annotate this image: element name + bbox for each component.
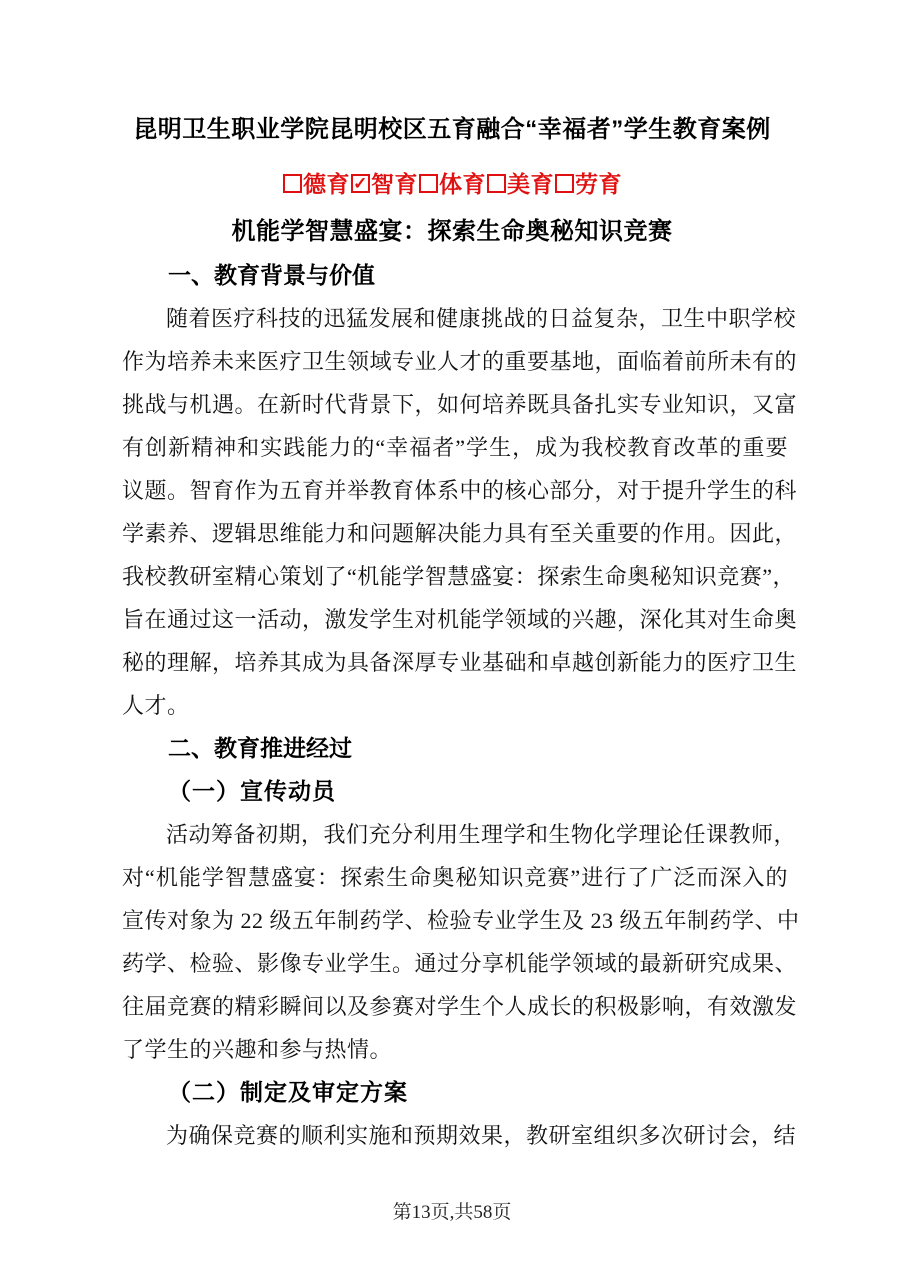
paragraph-line: 了学生的兴趣和参与热情。: [122, 1028, 788, 1071]
five-education-selector: 德育✓智育体育美育劳育: [0, 164, 904, 204]
paragraph-line: 宣传对象为 22 级五年制药学、检验专业学生及 23 级五年制药学、中: [122, 899, 788, 942]
five-edu-label: 德育: [303, 171, 350, 197]
paragraph-line: 挑战与机遇。在新时代背景下，如何培养既具备扎实专业知识，又富: [122, 383, 788, 426]
paragraph-line: 随着医疗科技的迅猛发展和健康挑战的日益复杂，卫生中职学校: [122, 297, 788, 340]
document-page: 昆明卫生职业学院昆明校区五育融合“幸福者”学生教育案例 德育✓智育体育美育劳育 …: [0, 0, 904, 1280]
section2-sub1-heading: （一）宣传动员: [122, 770, 788, 813]
checkbox-unchecked-icon: [283, 174, 302, 193]
document-body: 一、教育背景与价值 随着医疗科技的迅猛发展和健康挑战的日益复杂，卫生中职学校 作…: [122, 254, 788, 1157]
paragraph-line: 旨在通过这一活动，激发学生对机能学领域的兴趣，深化其对生命奥: [122, 598, 788, 641]
five-edu-item-zhiyu: ✓智育: [350, 171, 418, 197]
checkbox-unchecked-icon: [555, 174, 574, 193]
paragraph-line: 药学、检验、影像专业学生。通过分享机能学领域的最新研究成果、: [122, 942, 788, 985]
paragraph-line: 为确保竞赛的顺利实施和预期效果，教研室组织多次研讨会，结: [122, 1114, 788, 1157]
document-title: 昆明卫生职业学院昆明校区五育融合“幸福者”学生教育案例: [0, 108, 904, 152]
five-edu-label: 体育: [439, 171, 486, 197]
case-subtitle: 机能学智慧盛宴：探索生命奥秘知识竞赛: [0, 210, 904, 254]
section2-heading: 二、教育推进经过: [122, 727, 788, 770]
five-edu-item-deyu: 德育: [282, 171, 350, 197]
section2-sub2-heading: （二）制定及审定方案: [122, 1071, 788, 1114]
paragraph-line: 有创新精神和实践能力的“幸福者”学生，成为我校教育改革的重要: [122, 426, 788, 469]
checkbox-checked-icon: ✓: [351, 174, 370, 193]
paragraph-line: 活动筹备初期，我们充分利用生理学和生物化学理论任课教师，: [122, 813, 788, 856]
five-edu-label: 智育: [371, 171, 418, 197]
paragraph-line: 人才。: [122, 684, 788, 727]
paragraph-line: 秘的理解，培养其成为具备深厚专业基础和卓越创新能力的医疗卫生: [122, 641, 788, 684]
section1-heading: 一、教育背景与价值: [122, 254, 788, 297]
checkbox-unchecked-icon: [487, 174, 506, 193]
five-edu-label: 劳育: [575, 171, 622, 197]
paragraph-line: 对“机能学智慧盛宴：探索生命奥秘知识竞赛”进行了广泛而深入的: [122, 856, 788, 899]
checkbox-unchecked-icon: [419, 174, 438, 193]
five-edu-item-tiyu: 体育: [418, 171, 486, 197]
five-edu-label: 美育: [507, 171, 554, 197]
paragraph-line: 往届竞赛的精彩瞬间以及参赛对学生个人成长的积极影响，有效激发: [122, 985, 788, 1028]
paragraph-line: 作为培养未来医疗卫生领域专业人才的重要基地，面临着前所未有的: [122, 340, 788, 383]
paragraph-line: 我校教研室精心策划了“机能学智慧盛宴：探索生命奥秘知识竞赛”，: [122, 555, 788, 598]
paragraph-line: 学素养、逻辑思维能力和问题解决能力具有至关重要的作用。因此，: [122, 512, 788, 555]
page-number: 第13页,共58页: [0, 1197, 904, 1224]
paragraph-line: 议题。智育作为五育并举教育体系中的核心部分，对于提升学生的科: [122, 469, 788, 512]
five-edu-item-meiyu: 美育: [486, 171, 554, 197]
five-edu-item-laoyu: 劳育: [554, 171, 622, 197]
